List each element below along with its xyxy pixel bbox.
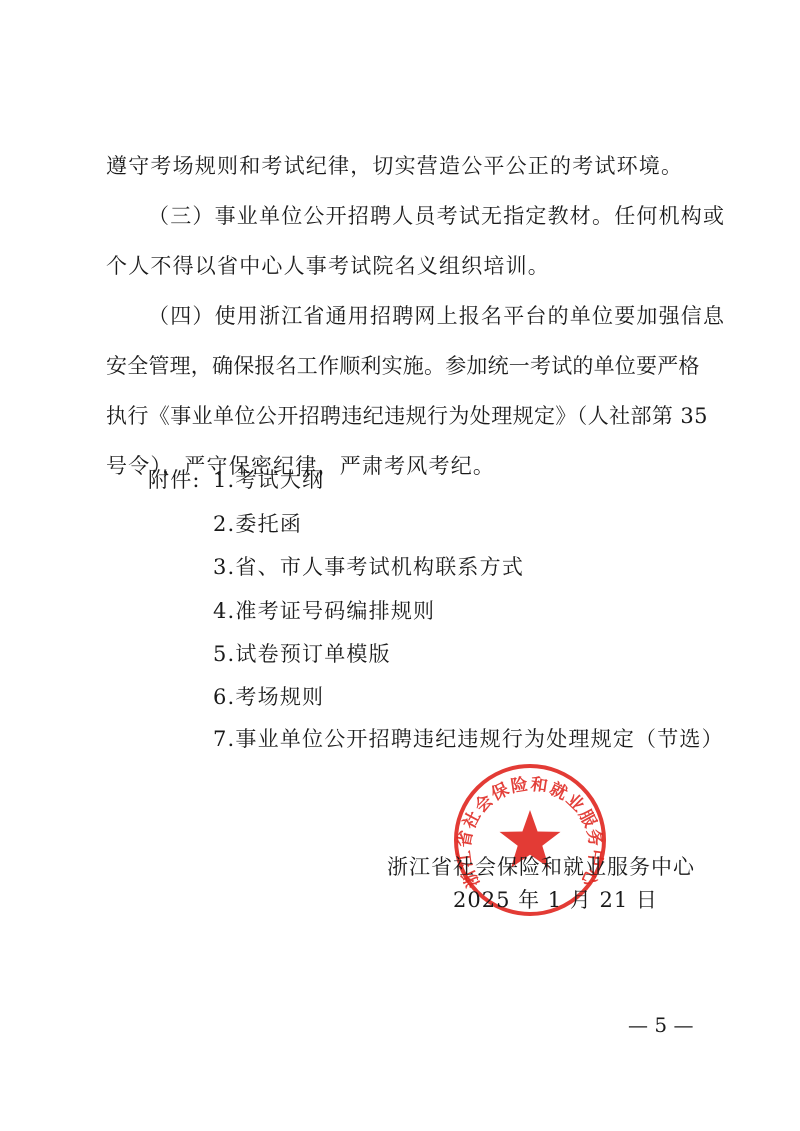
signature-date: 2025 年 1 月 21 日 bbox=[453, 886, 658, 914]
attachments-label: 附件: bbox=[148, 466, 201, 494]
section-4-heading-line: （四）使用浙江省通用招聘网上报名平台的单位要加强信息 bbox=[148, 302, 725, 330]
page-number: — 5 — bbox=[628, 1012, 693, 1038]
attachment-item-2: 2.委托函 bbox=[213, 510, 302, 538]
attachment-item-5: 5.试卷预订单模版 bbox=[213, 640, 391, 668]
body-line-5: 安全管理，确保报名工作顺利实施。参加统一考试的单位要严格 bbox=[106, 352, 700, 380]
signature-organization: 浙江省社会保险和就业服务中心 bbox=[387, 853, 695, 881]
body-line-1: 遵守考场规则和考试纪律，切实营造公平公正的考试环境。 bbox=[106, 152, 683, 180]
body-line-3: 个人不得以省中心人事考试院名义组织培训。 bbox=[106, 252, 550, 280]
attachment-item-4: 4.准考证号码编排规则 bbox=[213, 597, 435, 625]
body-line-6: 执行《事业单位公开招聘违纪违规行为处理规定》（人社部第 35 bbox=[106, 402, 708, 430]
attachment-item-1: 1.考试大纲 bbox=[213, 466, 324, 494]
attachment-item-3: 3.省、市人事考试机构联系方式 bbox=[213, 553, 524, 581]
attachment-item-6: 6.考场规则 bbox=[213, 683, 324, 711]
attachment-item-7: 7.事业单位公开招聘违纪违规行为处理规定（节选） bbox=[213, 725, 724, 753]
document-page: 遵守考场规则和考试纪律，切实营造公平公正的考试环境。 （三）事业单位公开招聘人员… bbox=[0, 0, 800, 1131]
section-3-heading-line: （三）事业单位公开招聘人员考试无指定教材。任何机构或 bbox=[148, 202, 725, 230]
